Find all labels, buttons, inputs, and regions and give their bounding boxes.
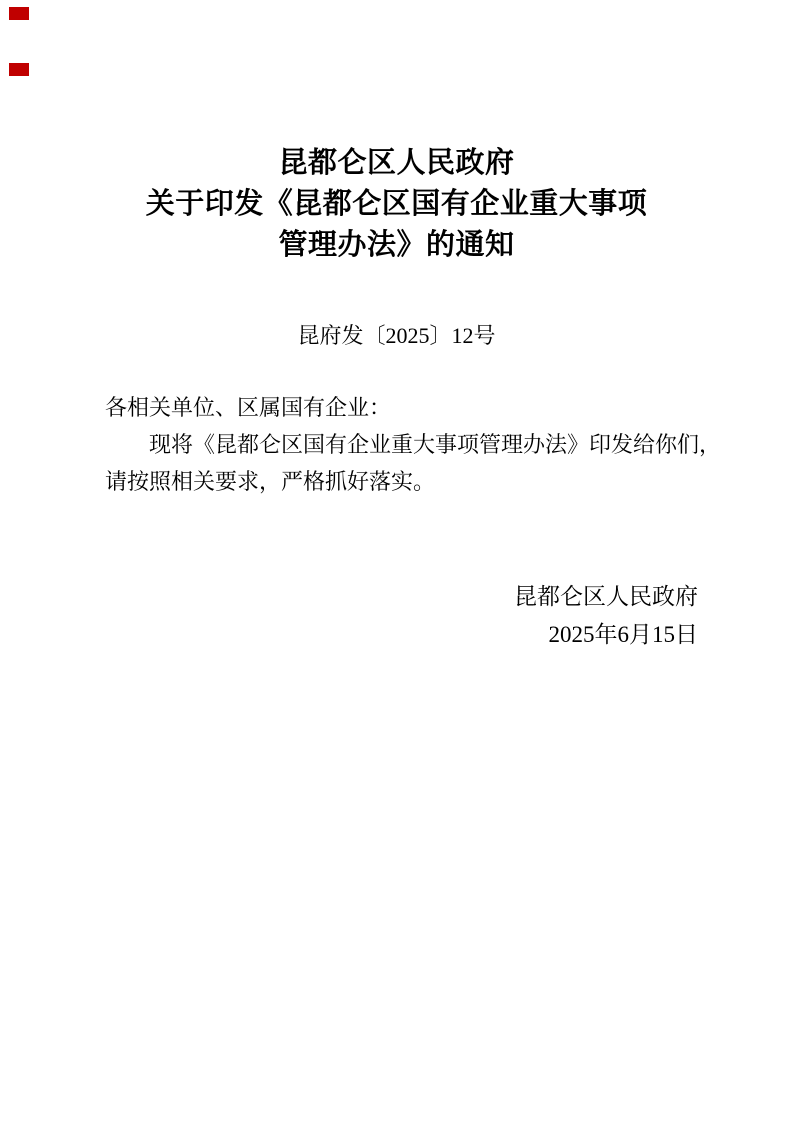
- red-mark: [9, 7, 29, 20]
- document-title-line: 管理办法》的通知: [0, 225, 793, 266]
- salutation-line: 各相关单位、区属国有企业：: [105, 389, 705, 426]
- signature-date: 2025年6月15日: [0, 620, 698, 650]
- document-title-line: 关于印发《昆都仑区国有企业重大事项: [0, 184, 793, 225]
- body-text-line: 现将《昆都仑区国有企业重大事项管理办法》印发给你们，: [105, 426, 705, 463]
- red-mark: [9, 63, 29, 76]
- document-page: 昆都仑区人民政府 关于印发《昆都仑区国有企业重大事项 管理办法》的通知 昆府发〔…: [0, 0, 793, 1122]
- document-number: 昆府发〔2025〕12号: [0, 320, 793, 352]
- document-body: 各相关单位、区属国有企业： 现将《昆都仑区国有企业重大事项管理办法》印发给你们，…: [105, 389, 705, 500]
- document-title: 昆都仑区人民政府 关于印发《昆都仑区国有企业重大事项 管理办法》的通知: [0, 143, 793, 266]
- signature-issuer: 昆都仑区人民政府: [0, 581, 698, 611]
- document-title-line: 昆都仑区人民政府: [0, 143, 793, 184]
- body-text-line: 请按照相关要求，严格抓好落实。: [105, 463, 705, 500]
